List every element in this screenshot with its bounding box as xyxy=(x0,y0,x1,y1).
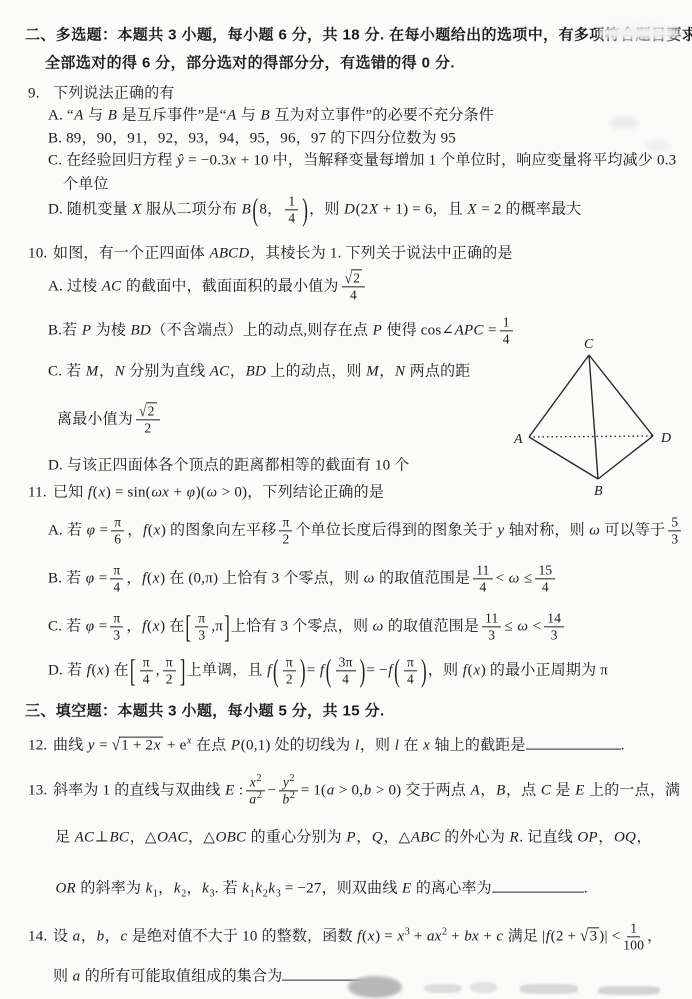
edge-CB xyxy=(589,355,598,479)
scan-smudge xyxy=(424,984,462,993)
edge-BD xyxy=(598,436,653,479)
question-14-line2: 则 a 的所有可能取值组成的集合为. xyxy=(53,966,374,987)
question-10: 10.如图，有一个正四面体 ABCD，其棱长为 1. 下列关于说法中正确的是 xyxy=(28,245,513,264)
question-11-option-c: C. 若 φ =π3，f(x) 在[π3,π]上恰有 3 个零点，则 ω 的取值… xyxy=(48,611,567,642)
tetrahedron-figure: CADB xyxy=(505,333,683,505)
question-11: 11.已知 f(x) = sin(ωx + φ)(ω > 0)，下列结论正确的是 xyxy=(28,484,384,503)
scan-smudge xyxy=(646,140,670,151)
question-number: 11. xyxy=(28,484,53,503)
question-12: 12.曲线 y = √1 + 2x + ex 在点 P(0,1) 处的切线为 l… xyxy=(28,735,625,756)
answer-blank xyxy=(526,735,621,750)
question-9-option-a: A. “A 与 B 是互斥事件”是“A 与 B 互为对立事件”的必要不充分条件 xyxy=(48,107,494,126)
question-11-option-d: D. 若 f(x) 在[π4,π2]上单调，且 f(π2)= f(3π4)= −… xyxy=(48,655,608,686)
edge-CD xyxy=(589,355,653,436)
question-9-option-d: D. 随机变量 X 服从二项分布 B(8，14)，则 D(2X + 1) = 6… xyxy=(48,194,582,225)
question-10-option-c-cont: 离最小值为√22 xyxy=(57,404,163,435)
vertex-label-D: D xyxy=(660,431,671,446)
question-number: 9. xyxy=(28,85,53,104)
question-9: 9.下列说法正确的有 xyxy=(28,85,175,104)
section2-header-line2: 全部选对的得 6 分，部分选对的得部分分，有选错的得 0 分. xyxy=(45,55,455,74)
answer-blank xyxy=(492,878,584,893)
vertex-label-A: A xyxy=(513,432,523,447)
scan-smudge xyxy=(598,986,660,995)
question-number: 14. xyxy=(28,927,53,946)
question-10-option-d: D. 与该正四面体各个顶点的距离都相等的截面有 10 个 xyxy=(48,457,409,476)
question-11-option-a: A. 若 φ =π6，f(x) 的图象向左平移π2个单位长度后得到的图象关于 y… xyxy=(48,515,684,546)
scan-smudge xyxy=(520,984,578,994)
question-14-line1: 14.设 a，b，c 是绝对值不大于 10 的整数，函数 f(x) = x3 +… xyxy=(28,921,662,952)
edge-AD xyxy=(529,436,653,437)
question-number: 13. xyxy=(28,781,53,800)
vertex-label-B: B xyxy=(594,484,603,499)
question-13-line3: OR 的斜率为 k1，k2，k3. 若 k1k2k3 = −27，则双曲线 E … xyxy=(55,878,588,899)
question-11-option-b: B. 若 φ =π4，f(x) 在 (0,π) 上恰有 3 个零点，则 ω 的取… xyxy=(48,563,558,594)
scan-smudge xyxy=(470,982,497,993)
question-10-option-b: B.若 P 为棱 BD（不含端点）上的动点,则存在点 P 使得 cos∠APC … xyxy=(48,315,516,346)
scan-smudge xyxy=(610,116,638,129)
answer-blank xyxy=(282,966,370,981)
section2-header-line1: 二、多选题：本题共 3 小题，每小题 6 分，共 18 分. 在每小题给出的选项… xyxy=(25,27,692,46)
question-10-option-a: A. 过棱 AC 的截面中，截面面积的最小值为√24 xyxy=(48,271,368,302)
question-13-line2: 足 AC⊥BC，△OAC，△OBC 的重心分别为 P，Q，△ABC 的外心为 R… xyxy=(55,829,652,848)
question-9-option-c: C. 在经验回归方程 ŷ = −0.3x + 10 中，当解释变量每增加 1 个… xyxy=(48,152,676,171)
edge-CA xyxy=(529,355,589,437)
question-9-option-c-cont: 个单位 xyxy=(63,176,109,195)
question-number: 10. xyxy=(28,245,53,264)
question-13-line1: 13.斜率为 1 的直线与双曲线 E :x2a2−y2b2= 1(a > 0,b… xyxy=(28,775,680,806)
section3-header: 三、填空题：本题共 3 小题，每小题 5 分，共 15 分. xyxy=(25,703,385,722)
question-10-option-c: C. 若 M，N 分别为直线 AC，BD 上的动点，则 M，N 两点的距 xyxy=(48,363,470,382)
question-number: 12. xyxy=(28,737,53,756)
exam-page: CADB 二、多选题：本题共 3 小题，每小题 6 分，共 18 分. 在每小题… xyxy=(0,0,692,999)
question-9-option-b: B. 89，90，91，92，93，94，95，96，97 的下四分位数为 95 xyxy=(48,130,456,149)
edge-AB xyxy=(529,437,598,479)
vertex-label-C: C xyxy=(584,337,594,352)
